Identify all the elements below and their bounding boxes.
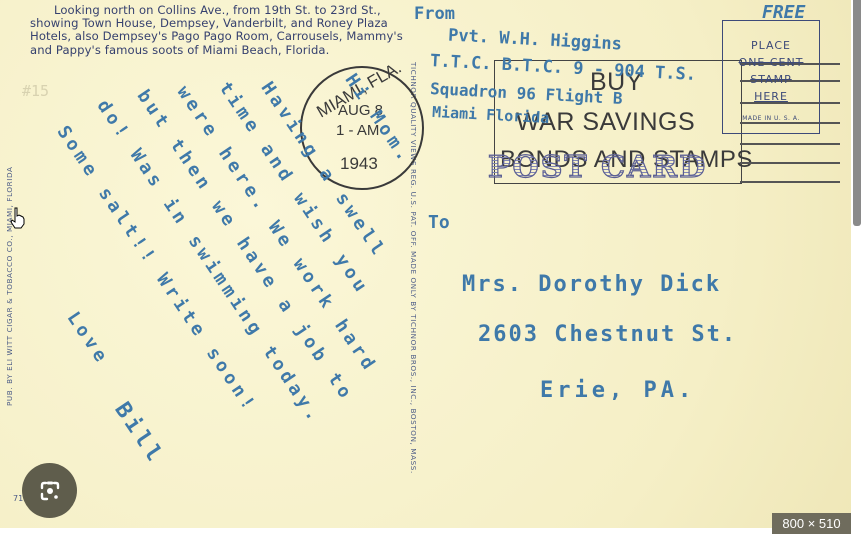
stamp-line-3: STAMP (723, 73, 819, 86)
sender-line-1: Pvt. W.H. Higgins (448, 25, 623, 54)
sender-label: From (414, 4, 455, 24)
stamp-line-1: PLACE (723, 39, 819, 52)
post-card-logo: POST CARD (488, 150, 707, 185)
postcard-caption: Looking north on Collins Ave., from 19th… (30, 4, 410, 57)
recipient-street: 2603 Chestnut St. (478, 322, 737, 347)
recipient-label: To (428, 212, 450, 233)
postcard-image: Looking north on Collins Ave., from 19th… (0, 0, 851, 528)
pencil-note: #15 (22, 82, 49, 100)
killer-bar (740, 143, 840, 145)
killer-bar (740, 181, 840, 183)
killer-bar (740, 162, 840, 164)
stamp-line-2: ONE CENT (723, 56, 819, 69)
message-signature: Bill (109, 398, 168, 469)
google-lens-button[interactable] (22, 463, 77, 518)
image-dimensions-badge: 800 × 510 (772, 513, 851, 534)
scrollbar-thumb[interactable] (853, 0, 861, 226)
postmark-year: 1943 (340, 154, 378, 174)
recipient-name: Mrs. Dorothy Dick (462, 272, 721, 297)
free-handwritten: FREE (762, 2, 805, 23)
recipient-city: Erie, PA. (540, 378, 695, 403)
message-signoff: Love (63, 308, 114, 369)
google-lens-camera-icon (38, 479, 62, 503)
stamp-box: PLACE ONE CENT STAMP HERE MADE IN U. S. … (722, 20, 820, 134)
stamp-line-4: HERE (723, 90, 819, 103)
publisher-credit: PUB. BY ELI WITT CIGAR & TOBACCO CO., MI… (5, 166, 14, 406)
stamp-line-5: MADE IN U. S. A. (723, 115, 819, 122)
caption-rest: showing Town House, Dempsey, Vanderbilt,… (30, 16, 403, 56)
hand-cursor-icon (10, 207, 26, 229)
